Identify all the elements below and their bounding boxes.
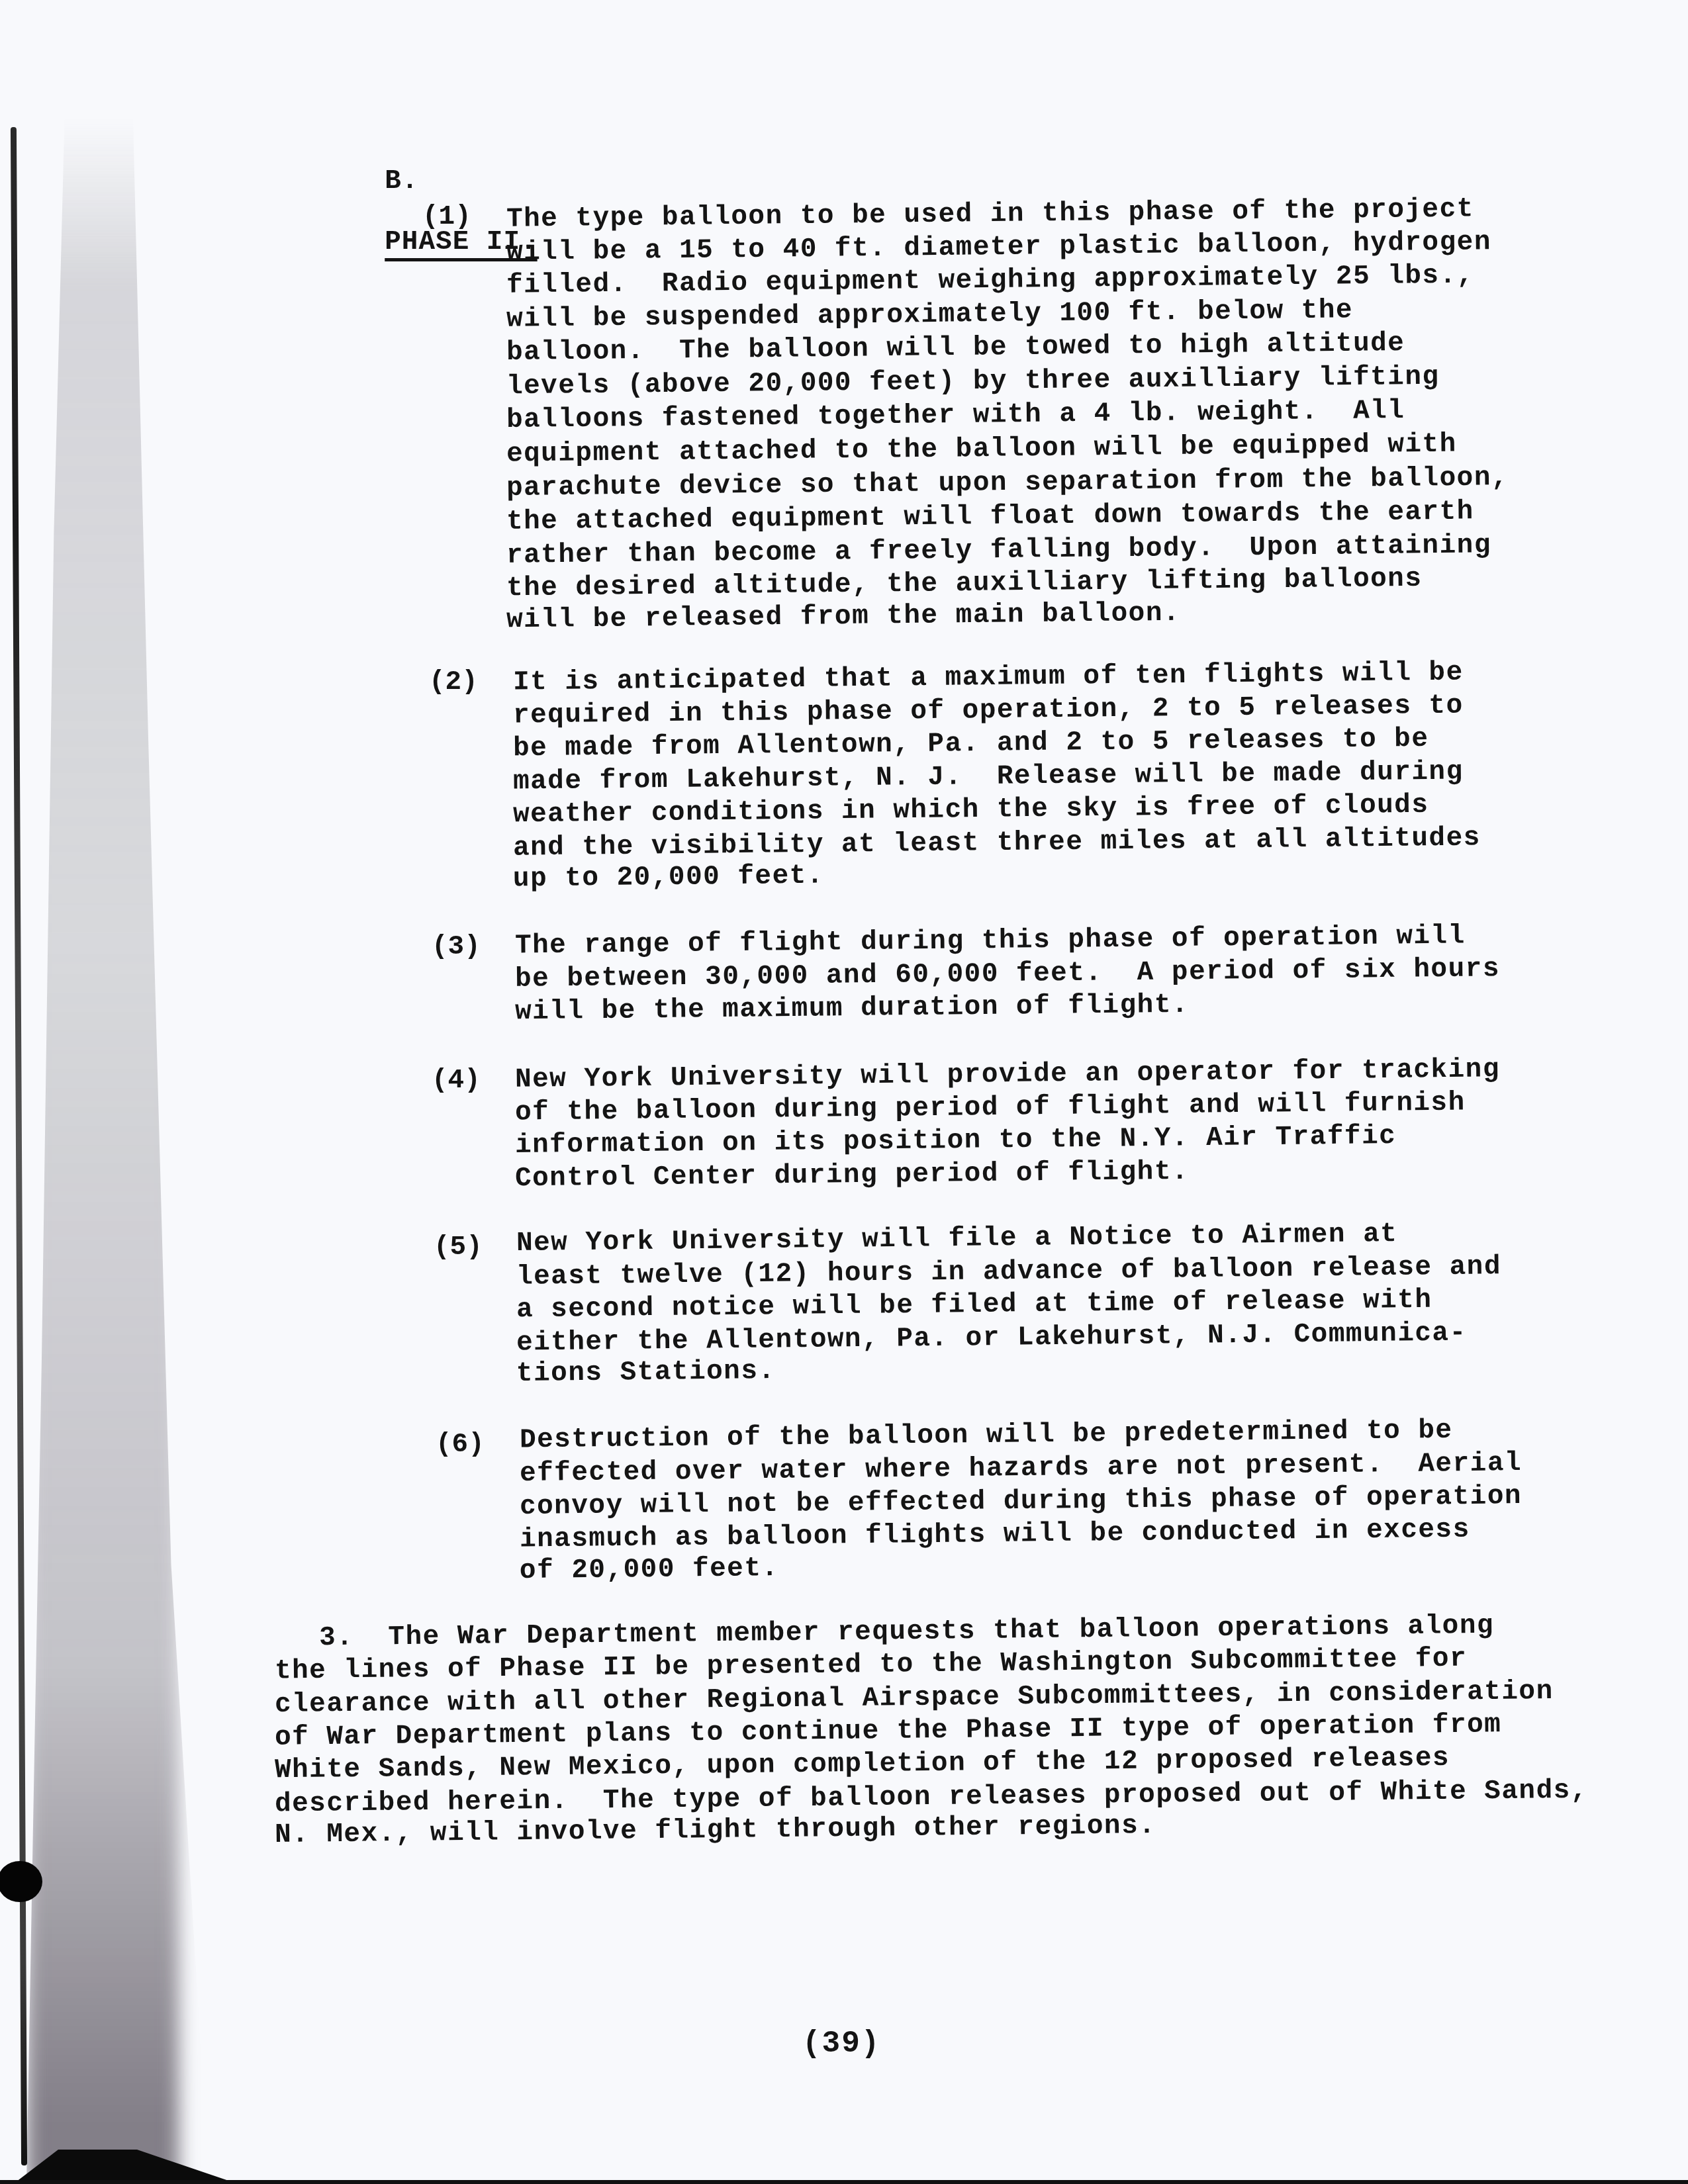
text-line: will be released from the main balloon. — [506, 598, 1181, 637]
text-line: tions Stations. — [516, 1355, 776, 1390]
item-number: (6) — [436, 1430, 485, 1460]
section-letter: B. — [385, 166, 418, 197]
scan-margin-shadow — [26, 119, 179, 2184]
text-line: of 20,000 feet. — [520, 1553, 779, 1587]
text-line: up to 20,000 feet. — [513, 860, 824, 895]
item-number: (3) — [432, 932, 481, 962]
page-edge-line — [11, 127, 27, 2165]
item-number: (1) — [422, 202, 471, 232]
item-number: (5) — [434, 1232, 483, 1263]
item-number: (2) — [429, 667, 478, 698]
text-line: will be the maximum duration of flight. — [515, 989, 1190, 1028]
scan-bottom-edge — [0, 2180, 1688, 2184]
page-number: (39) — [802, 2026, 880, 2061]
item-number: (4) — [432, 1066, 481, 1096]
text-line: Control Center during period of flight. — [515, 1156, 1190, 1195]
